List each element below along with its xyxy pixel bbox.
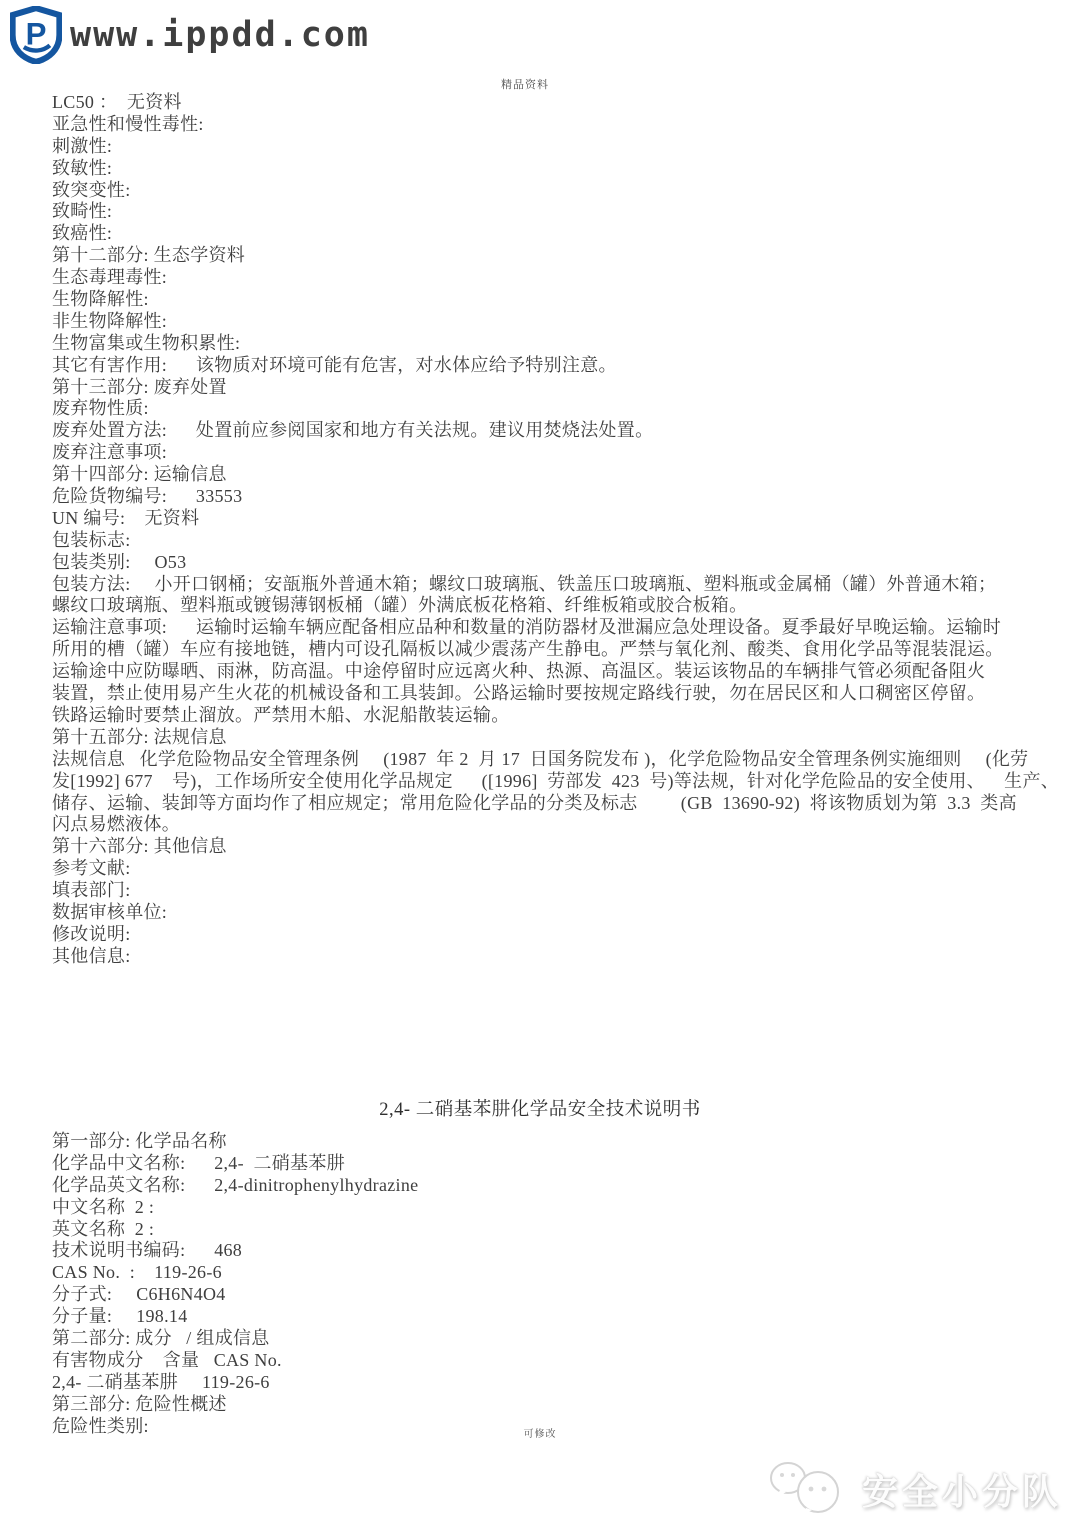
doc-text-line: 填表部门: — [52, 880, 1059, 902]
doc-text-line: 生态毒理毒性: — [52, 267, 1059, 289]
svg-text:P: P — [26, 17, 47, 52]
doc-text-line: 参考文献: — [52, 858, 1059, 880]
doc-text-line: 螺纹口玻璃瓶、塑料瓶或镀锡薄钢板桶（罐）外满底板花格箱、纤维板箱或胶合板箱。 — [52, 595, 1059, 617]
site-url: www.ippdd.com — [70, 15, 370, 55]
doc-text-line: 2,4- 二硝基苯肼 119-26-6 — [52, 1372, 418, 1394]
doc-text-line: 致敏性: — [52, 158, 1059, 180]
doc-text-line: 生物富集或生物积累性: — [52, 333, 1059, 355]
doc-text-line: 分子量: 198.14 — [52, 1306, 418, 1328]
doc-text-line: 危险货物编号: 33553 — [52, 486, 1059, 508]
doc-text-line: 第一部分: 化学品名称 — [52, 1131, 418, 1153]
doc-text-line: 分子式: C6H6N4O4 — [52, 1284, 418, 1306]
doc-text-line: 运输途中应防曝晒、雨淋，防高温。中途停留时应远离火种、热源、高温区。装运该物品的… — [52, 661, 1059, 683]
doc-text-line: 所用的槽（罐）车应有接地链，槽内可设孔隔板以减少震荡产生静电。严禁与氧化剂、酸类… — [52, 639, 1059, 661]
doc-text-line: 装置，禁止使用易产生火花的机械设备和工具装卸。公路运输时要按规定路线行驶，勿在居… — [52, 683, 1059, 705]
doc-text-line: 英文名称 2 : — [52, 1219, 418, 1241]
doc-text-line: 包装标志: — [52, 530, 1059, 552]
wechat-icon — [766, 1458, 852, 1521]
doc-text-line: 化学品中文名称: 2,4- 二硝基苯肼 — [52, 1153, 418, 1175]
doc-text-line: 数据审核单位: — [52, 902, 1059, 924]
doc-text-line: UN 编号: 无资料 — [52, 508, 1059, 530]
doc-text-line: 第三部分: 危险性概述 — [52, 1394, 418, 1416]
doc-text-line: 致突变性: — [52, 180, 1059, 202]
doc-text-line: 储存、运输、装卸等方面均作了相应规定；常用危险化学品的分类及标志 (GB 136… — [52, 793, 1059, 815]
doc-text-line: 闪点易燃液体。 — [52, 814, 1059, 836]
doc-text-line: 发[1992] 677 号)，工作场所安全使用化学品规定 ([1996] 劳部发… — [52, 771, 1059, 793]
doc-text-line: 第十四部分: 运输信息 — [52, 464, 1059, 486]
doc-text-line: 技术说明书编码: 468 — [52, 1240, 418, 1262]
watermark: 安全小分队 — [766, 1458, 1062, 1521]
msds-text-block-1: LC50 ： 无资料亚急性和慢性毒性:刺激性:致敏性:致突变性:致畸性:致癌性:… — [52, 92, 1059, 968]
doc-text-line: 有害物成分 含量 CAS No. — [52, 1350, 418, 1372]
doc-text-line: 第十二部分: 生态学资料 — [52, 245, 1059, 267]
watermark-label: 安全小分队 — [862, 1464, 1062, 1515]
doc-text-line: 生物降解性: — [52, 289, 1059, 311]
doc-text-line: 第十六部分: 其他信息 — [52, 836, 1059, 858]
bottom-note: 可修改 — [0, 1425, 1080, 1440]
doc-text-line: 废弃注意事项: — [52, 442, 1059, 464]
doc-text-line: 其他信息: — [52, 946, 1059, 968]
msds-title: 2,4- 二硝基苯肼化学品安全技术说明书 — [0, 1095, 1080, 1121]
doc-text-line: LC50 ： 无资料 — [52, 92, 1059, 114]
doc-text-line: 致癌性: — [52, 223, 1059, 245]
doc-text-line: 包装方法: 小开口钢桶；安瓿瓶外普通木箱；螺纹口玻璃瓶、铁盖压口玻璃瓶、塑料瓶或… — [52, 574, 1059, 596]
doc-text-line: 亚急性和慢性毒性: — [52, 114, 1059, 136]
doc-text-line: 废弃物性质: — [52, 398, 1059, 420]
doc-text-line: 刺激性: — [52, 136, 1059, 158]
doc-text-line: 第二部分: 成分 / 组成信息 — [52, 1328, 418, 1350]
msds-text-block-2: 第一部分: 化学品名称化学品中文名称: 2,4- 二硝基苯肼化学品英文名称: 2… — [52, 1131, 418, 1437]
doc-text-line: 非生物降解性: — [52, 311, 1059, 333]
doc-text-line: 其它有害作用: 该物质对环境可能有危害，对水体应给予特别注意。 — [52, 355, 1059, 377]
doc-text-line: 化学品英文名称: 2,4-dinitrophenylhydrazine — [52, 1175, 418, 1197]
doc-text-line: 铁路运输时要禁止溜放。严禁用木船、水泥船散装运输。 — [52, 705, 1059, 727]
doc-text-line: 运输注意事项: 运输时运输车辆应配备相应品种和数量的消防器材及泄漏应急处理设备。… — [52, 617, 1059, 639]
doc-text-line: 法规信息 化学危险物品安全管理条例 (1987 年 2 月 17 日国务院发布 … — [52, 749, 1059, 771]
top-note: 精品资料 — [0, 76, 1050, 92]
shield-logo-icon: P — [10, 6, 62, 64]
doc-text-line: 修改说明: — [52, 924, 1059, 946]
doc-text-line: 包装类别: O53 — [52, 552, 1059, 574]
doc-text-line: 中文名称 2 : — [52, 1197, 418, 1219]
doc-text-line: 第十五部分: 法规信息 — [52, 727, 1059, 749]
site-brand: P www.ippdd.com — [10, 6, 370, 64]
doc-text-line: CAS No. : 119-26-6 — [52, 1262, 418, 1284]
doc-text-line: 致畸性: — [52, 201, 1059, 223]
document-page: P www.ippdd.com 精品资料 LC50 ： 无资料亚急性和慢性毒性:… — [0, 0, 1080, 1528]
doc-text-line: 第十三部分: 废弃处置 — [52, 377, 1059, 399]
doc-text-line: 废弃处置方法: 处置前应参阅国家和地方有关法规。建议用焚烧法处置。 — [52, 420, 1059, 442]
